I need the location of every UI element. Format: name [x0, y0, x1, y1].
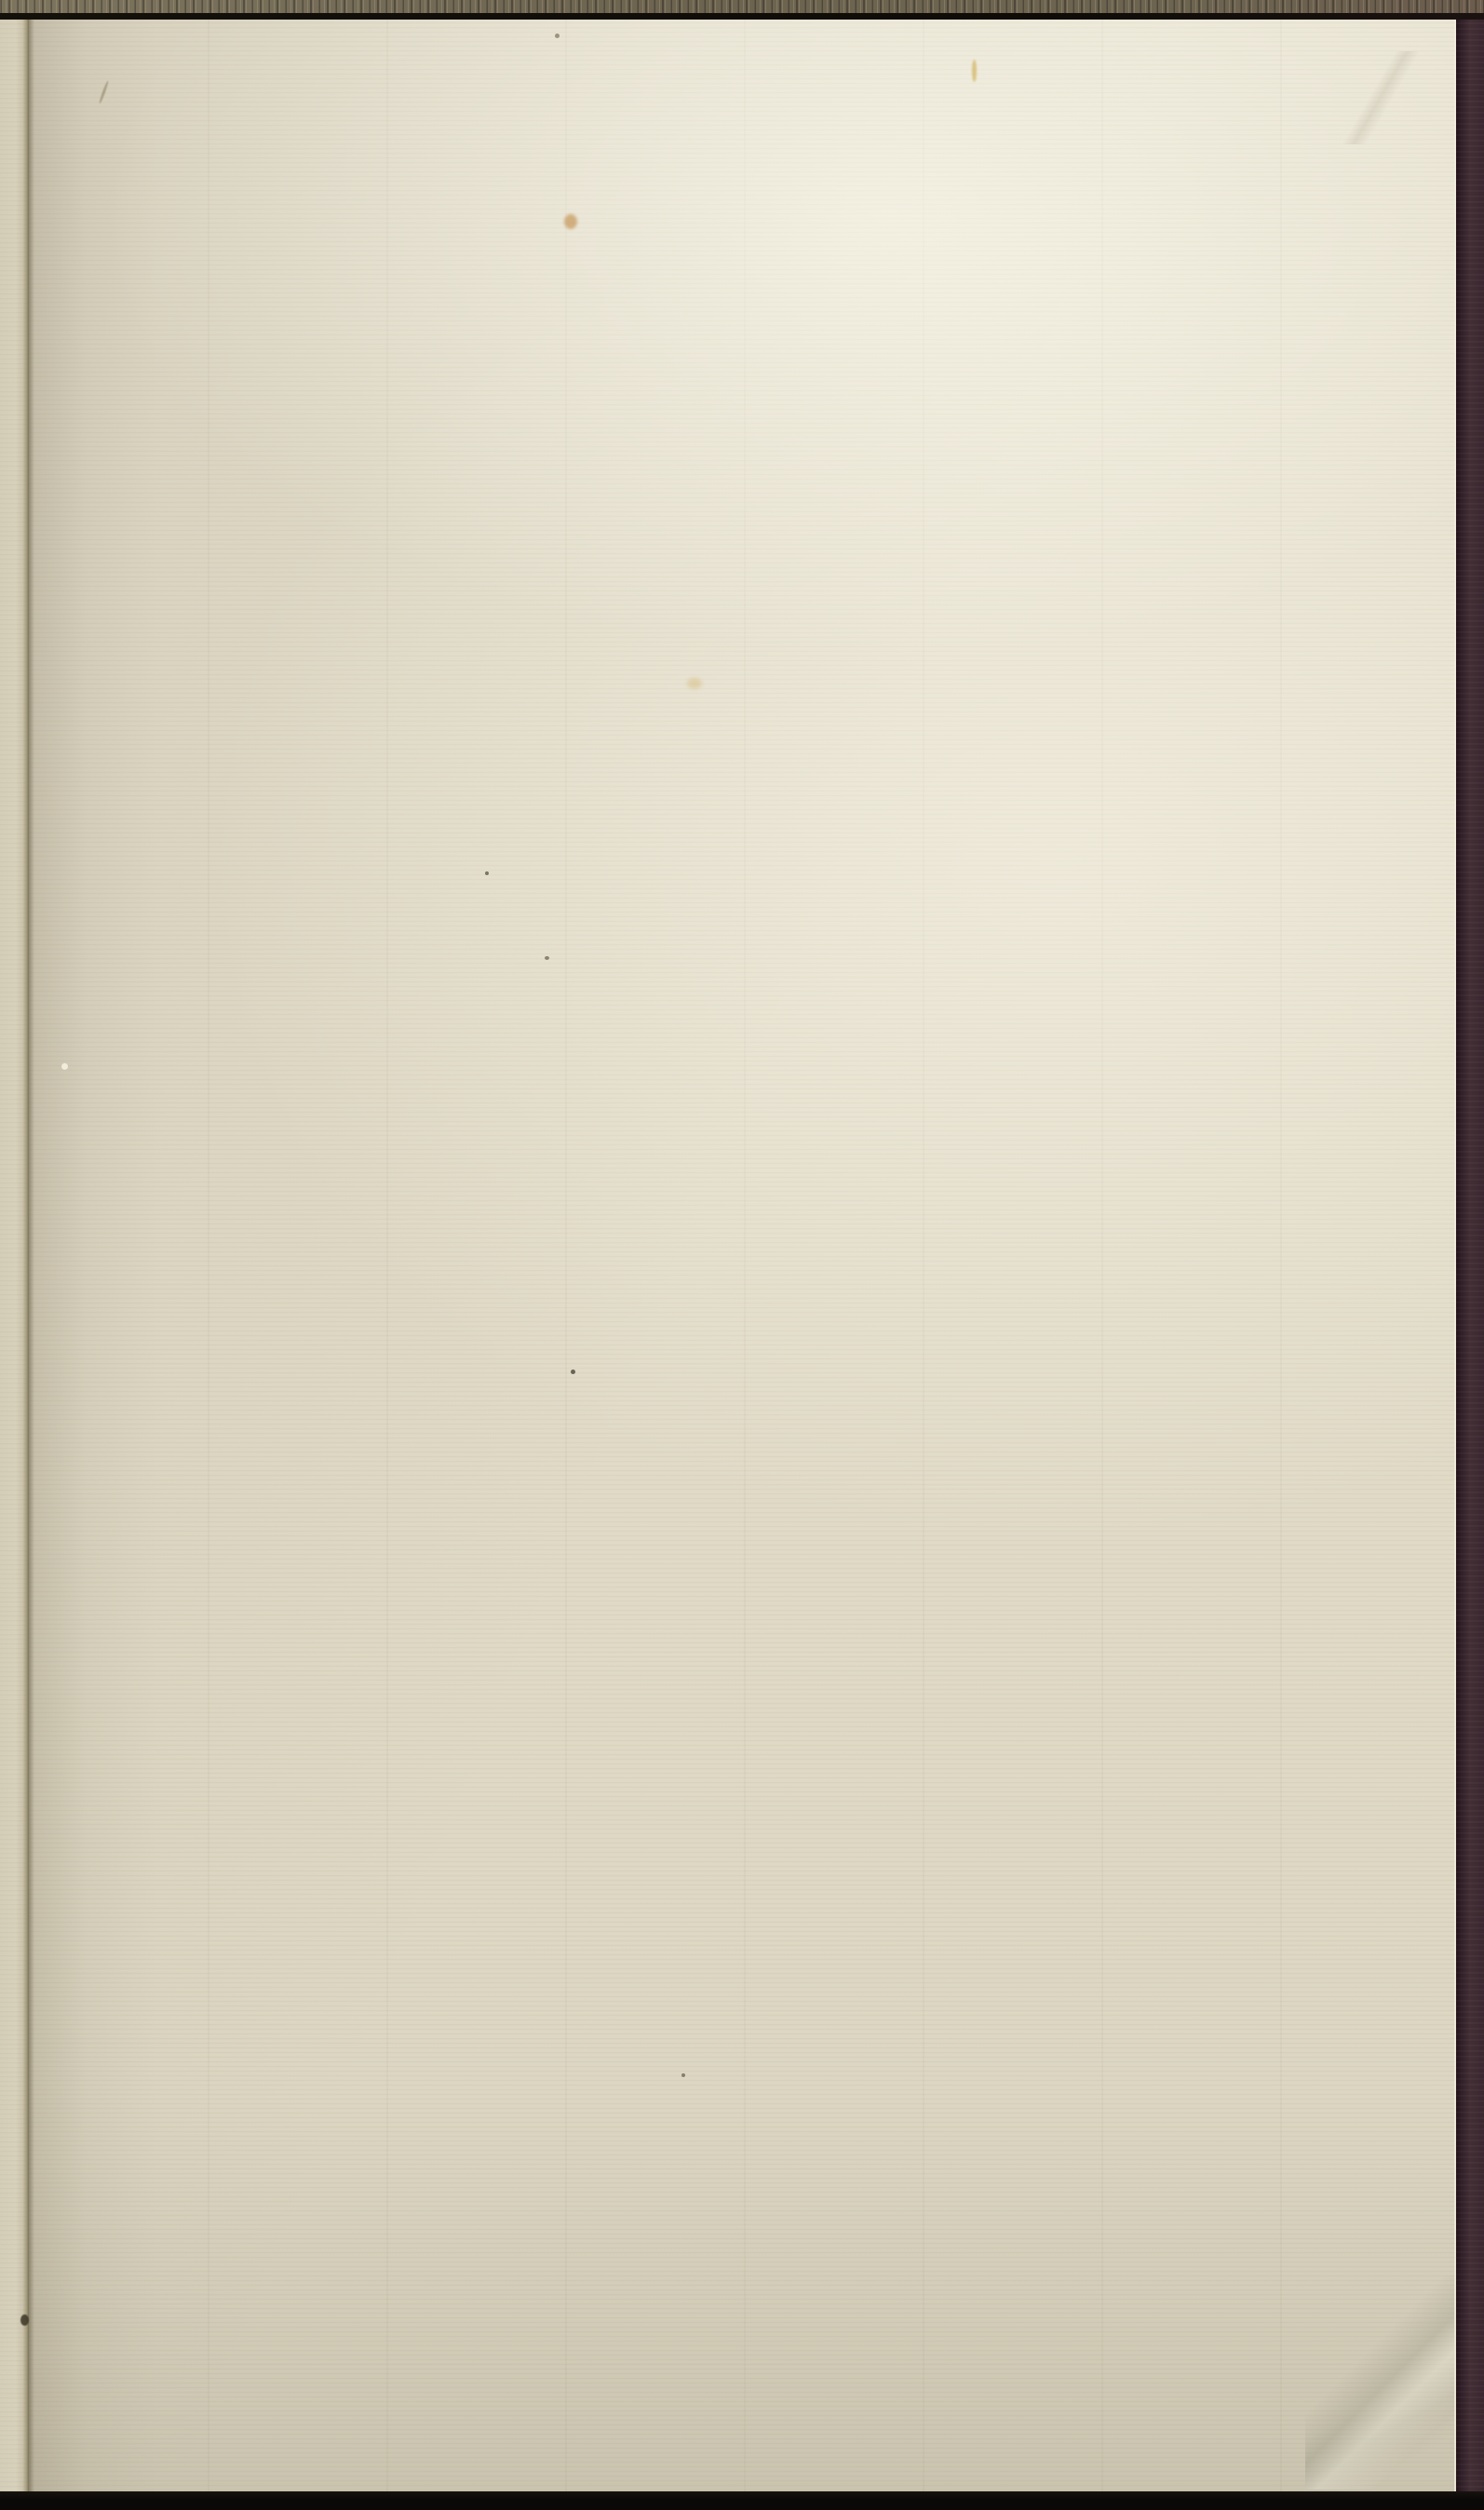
book-cover-right-edge — [1456, 11, 1484, 2510]
scan-bottom-edge — [0, 2491, 1484, 2510]
blank-page — [29, 18, 1457, 2492]
scanned-book-page — [0, 0, 1484, 2510]
cover-shadow-gap — [0, 12, 1484, 20]
book-cover-top-edge — [0, 0, 1484, 13]
previous-page-edge — [0, 19, 29, 2491]
